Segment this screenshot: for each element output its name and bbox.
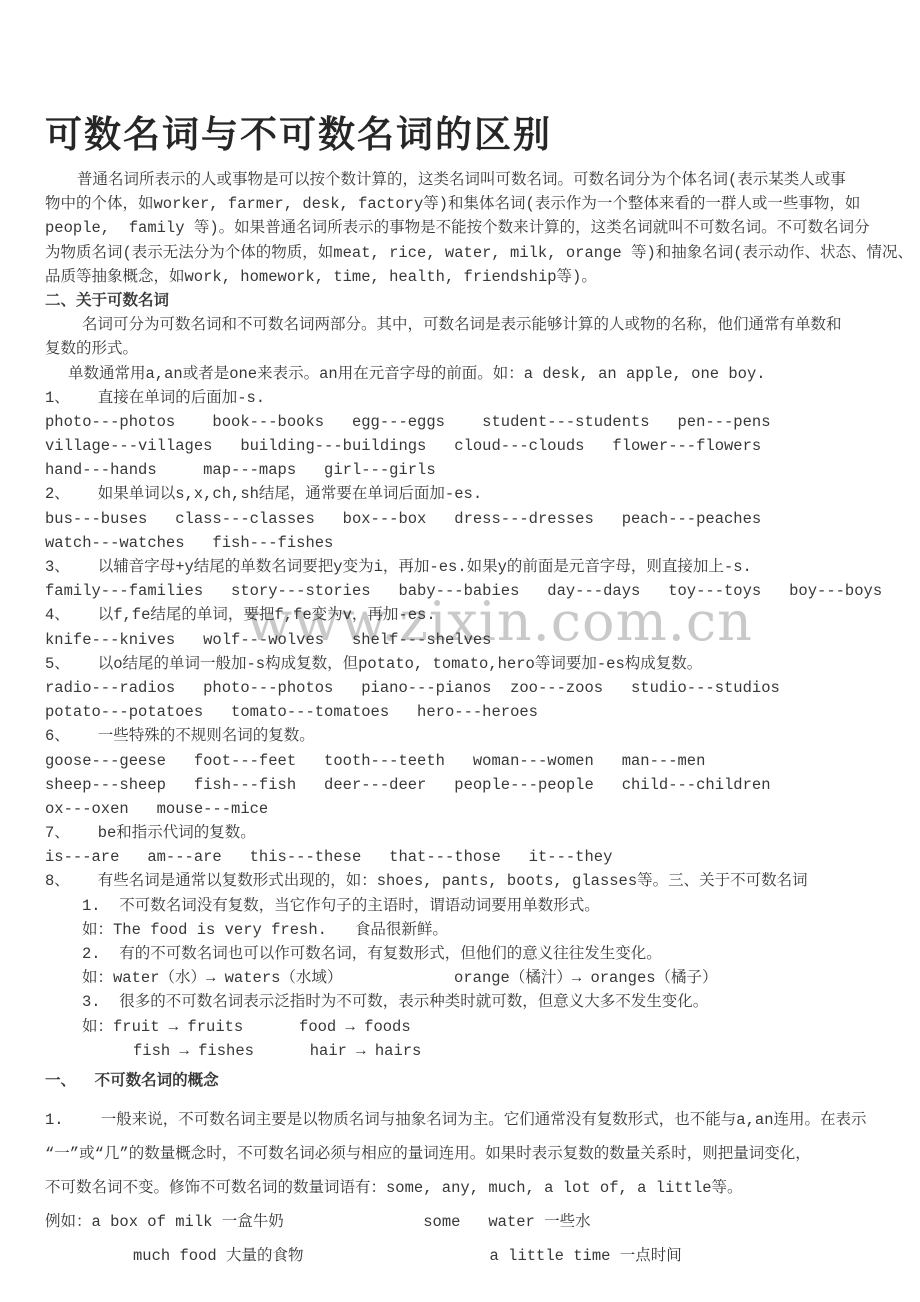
text-line: village---villages building---buildings … — [45, 434, 878, 458]
text-line: 3、 以辅音字母+y结尾的单数名词要把y变为i，再加-es.如果y的前面是元音字… — [45, 555, 878, 579]
text-lines: 普通名词所表示的人或事物是可以按个数计算的，这类名词叫可数名词。可数名词分为个体… — [45, 168, 878, 1273]
text-line: 物中的个体，如worker, farmer, desk, factory等)和集… — [45, 192, 878, 216]
text-line: 如：fruit → fruits food → foods — [45, 1015, 878, 1039]
text-line: “一”或“几”的数量概念时，不可数名词必须与相应的量词连用。如果时表示复数的数量… — [45, 1137, 878, 1171]
text-line: 如：The food is very fresh. 食品很新鲜。 — [45, 918, 878, 942]
text-line: 1、 直接在单词的后面加-s. — [45, 386, 878, 410]
text-line: 例如：a box of milk 一盒牛奶 some water 一些水 — [45, 1205, 878, 1239]
text-line: 1. 一般来说，不可数名词主要是以物质名词与抽象名词为主。它们通常没有复数形式，… — [45, 1103, 878, 1137]
text-line: ox---oxen mouse---mice — [45, 797, 878, 821]
text-line: fish → fishes hair → hairs — [45, 1039, 878, 1063]
text-line: 普通名词所表示的人或事物是可以按个数计算的，这类名词叫可数名词。可数名词分为个体… — [45, 168, 878, 192]
text-line: hand---hands map---maps girl---girls — [45, 458, 878, 482]
text-line: 7、 be和指示代词的复数。 — [45, 821, 878, 845]
text-line: knife---knives wolf---wolves shelf---she… — [45, 628, 878, 652]
text-line: bus---buses class---classes box---box dr… — [45, 507, 878, 531]
text-line: is---are am---are this---these that---th… — [45, 845, 878, 869]
document-page: www.zixin.com.cn 可数名词与不可数名词的区别 普通名词所表示的人… — [0, 0, 920, 1302]
text-line: 名词可分为可数名词和不可数名词两部分。其中，可数名词是表示能够计算的人或物的名称… — [45, 313, 878, 337]
text-line: much food 大量的食物 a little time 一点时间 — [45, 1239, 878, 1273]
text-line: 不可数名词不变。修饰不可数名词的数量词语有：some, any, much, a… — [45, 1171, 878, 1205]
text-line: 8、 有些名词是通常以复数形式出现的，如：shoes, pants, boots… — [45, 869, 878, 893]
text-line: 如：water（水）→ waters（水域） orange（橘汁）→ orang… — [45, 966, 878, 990]
text-line: 品质等抽象概念，如work, homework, time, health, f… — [45, 265, 878, 289]
text-line: 一、 不可数名词的概念 — [45, 1066, 878, 1096]
text-line: watch---watches fish---fishes — [45, 531, 878, 555]
text-line: 3. 很多的不可数名词表示泛指时为不可数，表示种类时就可数，但意义大多不发生变化… — [45, 990, 878, 1014]
text-line: 单数通常用a,an或者是one来表示。an用在元音字母的前面。如：a desk,… — [45, 362, 878, 386]
text-line: goose---geese foot---feet tooth---teeth … — [45, 749, 878, 773]
page-title: 可数名词与不可数名词的区别 — [45, 112, 878, 158]
text-line: 1. 不可数名词没有复数，当它作句子的主语时，谓语动词要用单数形式。 — [45, 894, 878, 918]
text-line: radio---radios photo---photos piano---pi… — [45, 676, 878, 700]
text-line: 为物质名词(表示无法分为个体的物质，如meat, rice, water, mi… — [45, 241, 878, 265]
text-line: 5、 以o结尾的单词一般加-s构成复数，但potato, tomato,hero… — [45, 652, 878, 676]
text-line: 复数的形式。 — [45, 337, 878, 361]
text-line: 二、关于可数名词 — [45, 289, 878, 313]
text-line: 6、 一些特殊的不规则名词的复数。 — [45, 724, 878, 748]
text-line: 2、 如果单词以s,x,ch,sh结尾，通常要在单词后面加-es. — [45, 482, 878, 506]
text-line: 4、 以f,fe结尾的单词，要把f,fe变为v，再加-es. — [45, 603, 878, 627]
text-line: family---families story---stories baby--… — [45, 579, 878, 603]
text-line: sheep---sheep fish---fish deer---deer pe… — [45, 773, 878, 797]
text-line: people, family 等)。如果普通名词所表示的事物是不能按个数来计算的… — [45, 216, 878, 240]
text-line: photo---photos book---books egg---eggs s… — [45, 410, 878, 434]
document-content: 可数名词与不可数名词的区别 普通名词所表示的人或事物是可以按个数计算的，这类名词… — [45, 112, 878, 1273]
text-line: potato---potatoes tomato---tomatoes hero… — [45, 700, 878, 724]
text-line: 2. 有的不可数名词也可以作可数名词，有复数形式，但他们的意义往往发生变化。 — [45, 942, 878, 966]
